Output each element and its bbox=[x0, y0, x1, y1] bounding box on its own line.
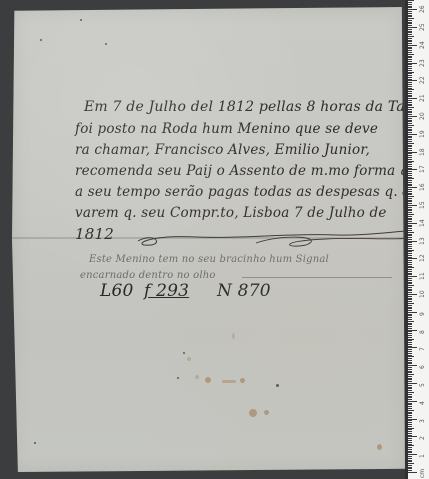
ruler-tick bbox=[408, 262, 412, 263]
ruler-label: 5 bbox=[419, 383, 426, 387]
stain-spot bbox=[187, 357, 191, 361]
ruler-tick bbox=[408, 212, 412, 213]
ruler-tick bbox=[408, 436, 417, 437]
ruler-tick bbox=[408, 365, 417, 366]
ruler-tick bbox=[408, 210, 412, 211]
ruler-tick bbox=[408, 225, 412, 226]
ruler-tick bbox=[408, 139, 412, 140]
ruler-tick bbox=[408, 244, 412, 245]
ruler-tick bbox=[408, 72, 414, 73]
ruler-tick bbox=[408, 328, 412, 329]
ruler-tick bbox=[408, 460, 412, 461]
ruler-tick bbox=[408, 150, 412, 151]
ruler-tick bbox=[408, 9, 417, 10]
ruler-tick bbox=[408, 369, 412, 370]
ruler-tick bbox=[408, 399, 412, 400]
ruler-tick bbox=[408, 189, 412, 190]
stain-spot bbox=[232, 333, 235, 339]
ruler-tick bbox=[408, 333, 412, 334]
stain-spot bbox=[249, 409, 257, 417]
ruler-tick bbox=[408, 276, 417, 277]
ruler-tick bbox=[408, 162, 412, 163]
ruler-tick bbox=[408, 168, 412, 169]
ruler-label: 11 bbox=[419, 273, 426, 281]
ruler-tick bbox=[408, 102, 412, 103]
ruler-tick bbox=[408, 18, 414, 19]
ruler-label: 10 bbox=[419, 290, 426, 298]
ruler-tick bbox=[408, 32, 412, 33]
ruler-tick bbox=[408, 47, 412, 48]
ruler-tick bbox=[408, 264, 412, 265]
ruler-tick bbox=[408, 255, 412, 256]
ruler-tick bbox=[408, 406, 412, 407]
ruler-tick bbox=[408, 196, 414, 197]
ruler-tick bbox=[408, 86, 412, 87]
ruler-tick bbox=[408, 16, 412, 17]
ruler-label: 17 bbox=[419, 166, 426, 174]
ruler-tick bbox=[408, 152, 417, 153]
ruler-tick bbox=[408, 70, 412, 71]
ruler-tick bbox=[408, 323, 412, 324]
ruler-tick bbox=[408, 374, 414, 375]
manuscript-line-3: ra chamar, Francisco Alves, Emilio Junio… bbox=[75, 141, 370, 159]
signature-flourish bbox=[136, 227, 421, 249]
ruler-label: 16 bbox=[419, 184, 426, 192]
ruler-tick bbox=[408, 392, 414, 393]
ruler-tick bbox=[408, 164, 412, 165]
ruler-tick bbox=[408, 404, 412, 405]
ruler-tick bbox=[408, 278, 412, 279]
ruler-tick bbox=[408, 68, 412, 69]
ruler-tick bbox=[408, 22, 412, 23]
ruler-tick bbox=[408, 226, 412, 227]
ink-speck bbox=[80, 19, 82, 21]
ruler-tick bbox=[408, 29, 412, 30]
ruler-tick bbox=[408, 180, 412, 181]
ruler-tick bbox=[408, 299, 412, 300]
ruler-tick bbox=[408, 271, 412, 272]
ruler-tick bbox=[408, 6, 412, 7]
ruler-tick bbox=[408, 287, 412, 288]
ruler-tick bbox=[408, 465, 412, 466]
ruler-tick bbox=[408, 342, 412, 343]
ruler-tick bbox=[408, 50, 412, 51]
ruler-tick bbox=[408, 379, 412, 380]
ruler-tick bbox=[408, 257, 412, 258]
ruler-tick bbox=[408, 378, 412, 379]
manuscript-line-6: varem q. seu Compr.to, Lisboa 7 de Julho… bbox=[75, 204, 387, 222]
ruler-tick bbox=[408, 347, 417, 348]
faint-note-line-2: encarnado dentro no olho bbox=[80, 267, 216, 285]
ruler-tick bbox=[408, 121, 412, 122]
ruler-tick bbox=[408, 134, 417, 135]
ruler-tick bbox=[408, 153, 412, 154]
ruler-label: 3 bbox=[419, 419, 426, 423]
ruler-tick bbox=[408, 143, 414, 144]
ruler-tick bbox=[408, 289, 412, 290]
ruler-tick bbox=[408, 415, 412, 416]
ruler-tick bbox=[408, 136, 412, 137]
ruler-tick bbox=[408, 185, 412, 186]
ruler-tick bbox=[408, 246, 412, 247]
ruler-tick bbox=[408, 112, 412, 113]
document-scan: Em 7 de Julho del 1812 pellas 8 horas da… bbox=[0, 0, 429, 479]
ruler-tick bbox=[408, 145, 412, 146]
ruler-tick bbox=[408, 177, 412, 178]
ruler-tick bbox=[408, 330, 417, 331]
ruler-label: 6 bbox=[419, 365, 426, 369]
ruler-tick bbox=[408, 346, 412, 347]
ruler-tick bbox=[408, 205, 417, 206]
ruler-tick bbox=[408, 104, 412, 105]
ruler-tick bbox=[408, 285, 414, 286]
ruler-tick bbox=[408, 20, 412, 21]
ruler-tick bbox=[408, 312, 417, 313]
ruler-label: 21 bbox=[419, 95, 426, 103]
ruler-tick bbox=[408, 116, 417, 117]
ruler-tick bbox=[408, 388, 412, 389]
ruler-tick bbox=[408, 241, 417, 242]
ruler-tick bbox=[408, 95, 412, 96]
ruler-tick bbox=[408, 175, 412, 176]
manuscript-line-4: recomenda seu Paij o Assento de m.mo for… bbox=[75, 162, 427, 180]
ruler-tick bbox=[408, 470, 412, 471]
ruler-tick bbox=[408, 80, 417, 81]
ruler-tick bbox=[408, 351, 412, 352]
ruler-tick bbox=[408, 253, 412, 254]
ruler-tick bbox=[408, 355, 412, 356]
ruler-tick bbox=[408, 13, 412, 14]
ruler-tick bbox=[408, 463, 414, 464]
ruler-tick bbox=[408, 127, 412, 128]
ruler-tick bbox=[408, 353, 412, 354]
ink-speck bbox=[34, 442, 36, 444]
ruler-tick bbox=[408, 64, 412, 65]
stain-spot bbox=[222, 380, 236, 383]
manuscript-line-2: foi posto na Roda hum Menino que se deve bbox=[75, 120, 378, 138]
ruler-tick bbox=[408, 397, 412, 398]
ruler-tick bbox=[408, 337, 412, 338]
ruler-tick bbox=[408, 198, 412, 199]
ink-speck bbox=[276, 384, 279, 387]
ruler-tick bbox=[408, 326, 412, 327]
ruler-label: 12 bbox=[419, 255, 426, 263]
ruler-tick bbox=[408, 248, 412, 249]
ruler-tick bbox=[408, 324, 412, 325]
ruler-tick bbox=[408, 331, 412, 332]
ruler-tick bbox=[408, 129, 412, 130]
ruler-tick bbox=[408, 280, 412, 281]
ruler-tick bbox=[408, 417, 412, 418]
ruler-tick bbox=[408, 63, 417, 64]
ruler-label: 14 bbox=[419, 219, 426, 227]
ruler-label: 8 bbox=[419, 330, 426, 334]
ruler-tick bbox=[408, 315, 412, 316]
ruler-tick bbox=[408, 419, 417, 420]
ruler-tick bbox=[408, 132, 412, 133]
ruler-tick bbox=[408, 467, 412, 468]
ruler-tick bbox=[408, 98, 417, 99]
ruler-tick bbox=[408, 358, 412, 359]
ruler-tick bbox=[408, 468, 412, 469]
ruler-tick bbox=[408, 4, 412, 5]
ruler-tick bbox=[408, 403, 412, 404]
ruler-tick bbox=[408, 461, 412, 462]
manuscript-line-1: Em 7 de Julho del 1812 pellas 8 horas da… bbox=[84, 98, 429, 116]
ruler-tick bbox=[408, 84, 412, 85]
ruler-tick bbox=[408, 381, 412, 382]
ruler-tick bbox=[408, 301, 412, 302]
ruler-label: 7 bbox=[419, 348, 426, 352]
ruler-tick bbox=[408, 401, 417, 402]
ruler-tick bbox=[408, 54, 414, 55]
ruler-label: 23 bbox=[419, 59, 426, 67]
ruler-unit-label: cm bbox=[419, 469, 426, 478]
ruler-tick bbox=[408, 372, 412, 373]
ruler-tick bbox=[408, 424, 412, 425]
ruler-tick bbox=[408, 442, 412, 443]
ruler-tick bbox=[408, 234, 412, 235]
ruler-tick bbox=[408, 218, 412, 219]
ruler-tick bbox=[408, 228, 412, 229]
ruler-tick bbox=[408, 274, 412, 275]
ruler-tick bbox=[408, 408, 412, 409]
ruler-label: 9 bbox=[419, 312, 426, 316]
ruler-tick bbox=[408, 438, 412, 439]
reference-l-number: L60 bbox=[100, 281, 134, 301]
ruler-tick bbox=[408, 435, 412, 436]
ruler-tick bbox=[408, 2, 412, 3]
ruler-tick bbox=[408, 25, 412, 26]
ruler-tick bbox=[408, 216, 412, 217]
ruler-tick bbox=[408, 294, 417, 295]
ruler-tick bbox=[408, 344, 412, 345]
faint-dash-line bbox=[242, 277, 392, 278]
ruler-tick bbox=[408, 376, 412, 377]
ink-speck bbox=[183, 352, 185, 354]
ruler-tick bbox=[408, 317, 412, 318]
ruler-tick bbox=[408, 120, 412, 121]
ruler-tick bbox=[408, 96, 412, 97]
stain-spot bbox=[240, 378, 245, 383]
ruler-tick bbox=[408, 250, 414, 251]
ink-speck bbox=[105, 43, 107, 45]
ruler-tick bbox=[408, 148, 412, 149]
ruler-tick bbox=[408, 349, 412, 350]
ruler-tick bbox=[408, 56, 412, 57]
reference-n-number: N 870 bbox=[217, 281, 271, 301]
ruler-tick bbox=[408, 15, 412, 16]
ruler-tick bbox=[408, 73, 412, 74]
ruler-tick bbox=[408, 223, 417, 224]
ruler-label: 4 bbox=[419, 401, 426, 405]
ruler-tick bbox=[408, 413, 412, 414]
ruler-tick bbox=[408, 472, 417, 473]
ruler-tick bbox=[408, 182, 412, 183]
faint-note-line-1: Este Menino tem no seu bracinho hum Sign… bbox=[89, 251, 329, 269]
ruler-tick bbox=[408, 451, 412, 452]
ruler-tick bbox=[408, 298, 412, 299]
ruler-tick bbox=[408, 48, 412, 49]
ruler-tick bbox=[408, 43, 412, 44]
ruler-tick bbox=[408, 267, 414, 268]
ruler-tick bbox=[408, 118, 412, 119]
ruler-tick bbox=[408, 79, 412, 80]
ruler-tick bbox=[408, 194, 412, 195]
ruler-tick bbox=[408, 367, 412, 368]
ruler-label: 19 bbox=[419, 130, 426, 138]
ruler-tick bbox=[408, 266, 412, 267]
page-fold-line bbox=[12, 237, 405, 239]
ruler-tick bbox=[408, 0, 414, 1]
ruler-tick bbox=[408, 360, 412, 361]
ruler-tick bbox=[408, 239, 412, 240]
ruler-tick bbox=[408, 34, 412, 35]
ruler-tick bbox=[408, 314, 412, 315]
ruler-tick bbox=[408, 123, 412, 124]
ruler-tick bbox=[408, 107, 414, 108]
ruler-tick bbox=[408, 258, 417, 259]
ruler-tick bbox=[408, 23, 412, 24]
manuscript-page: Em 7 de Julho del 1812 pellas 8 horas da… bbox=[12, 7, 405, 472]
ruler-tick bbox=[408, 269, 412, 270]
ruler-tick bbox=[408, 57, 412, 58]
ruler-tick bbox=[408, 363, 412, 364]
ruler-tick bbox=[408, 200, 412, 201]
ruler-tick bbox=[408, 444, 412, 445]
ruler-tick bbox=[408, 308, 412, 309]
ruler-tick bbox=[408, 93, 412, 94]
ruler-tick bbox=[408, 27, 417, 28]
ruler-tick bbox=[408, 356, 414, 357]
ruler-tick bbox=[408, 362, 412, 363]
ruler-label: 20 bbox=[419, 112, 426, 120]
ruler-tick bbox=[408, 88, 412, 89]
ruler-tick bbox=[408, 310, 412, 311]
ruler-tick bbox=[408, 335, 412, 336]
ruler-tick bbox=[408, 321, 414, 322]
ruler-tick bbox=[408, 173, 412, 174]
ruler-tick bbox=[408, 420, 412, 421]
ruler-tick bbox=[408, 203, 412, 204]
ruler-tick bbox=[408, 390, 412, 391]
ruler-tick bbox=[408, 109, 412, 110]
ruler-label: 15 bbox=[419, 201, 426, 209]
ruler-tick bbox=[408, 161, 414, 162]
ruler-tick bbox=[408, 178, 414, 179]
ruler-tick bbox=[408, 159, 412, 160]
ruler-tick bbox=[408, 449, 412, 450]
ruler-tick bbox=[408, 155, 412, 156]
ruler-tick bbox=[408, 440, 412, 441]
ruler-tick bbox=[408, 91, 412, 92]
ruler-tick bbox=[408, 221, 412, 222]
ruler-tick bbox=[408, 111, 412, 112]
ruler-tick bbox=[408, 100, 412, 101]
ruler-label: 25 bbox=[419, 23, 426, 31]
manuscript-line-7: 1812 bbox=[75, 225, 114, 243]
ruler-tick bbox=[408, 296, 412, 297]
ruler-tick bbox=[408, 141, 412, 142]
ruler-tick bbox=[408, 7, 412, 8]
stain-spot bbox=[195, 375, 199, 379]
ruler-tick bbox=[408, 45, 417, 46]
ruler-tick bbox=[408, 283, 412, 284]
ruler-tick bbox=[408, 230, 412, 231]
ruler-label: 26 bbox=[419, 6, 426, 14]
ruler-label: 1 bbox=[419, 454, 426, 458]
ruler-tick bbox=[408, 458, 412, 459]
ruler-tick bbox=[408, 219, 412, 220]
manuscript-line-5: a seu tempo serão pagas todas as despesa… bbox=[75, 183, 419, 201]
ruler-tick bbox=[408, 290, 412, 291]
ruler-tick bbox=[408, 41, 412, 42]
ruler-tick bbox=[408, 396, 412, 397]
ruler-label: 24 bbox=[419, 41, 426, 49]
ruler-tick bbox=[408, 282, 412, 283]
ruler-tick bbox=[408, 193, 412, 194]
ruler-label: 13 bbox=[419, 237, 426, 245]
ruler-tick bbox=[408, 319, 412, 320]
ruler-tick bbox=[408, 52, 412, 53]
ruler-tick bbox=[408, 89, 414, 90]
ruler-tick bbox=[408, 36, 414, 37]
ruler-tick bbox=[408, 339, 414, 340]
ruler-tick bbox=[408, 207, 412, 208]
ink-speck bbox=[40, 39, 42, 41]
ruler-tick bbox=[408, 454, 417, 455]
ruler-tick bbox=[408, 77, 412, 78]
ruler-tick bbox=[408, 209, 412, 210]
stain-spot bbox=[377, 444, 382, 450]
measurement-ruler: 1234567891011121314151617181920212223242… bbox=[405, 0, 429, 479]
ruler-tick bbox=[408, 235, 412, 236]
stain-spot bbox=[205, 377, 211, 383]
ruler-tick bbox=[408, 242, 412, 243]
ruler-tick bbox=[408, 340, 412, 341]
ruler-label: 18 bbox=[419, 148, 426, 156]
ruler-tick bbox=[408, 431, 412, 432]
ruler-tick bbox=[408, 191, 412, 192]
ink-speck bbox=[177, 377, 179, 379]
ruler-tick bbox=[408, 422, 412, 423]
reference-f-number: f 293 bbox=[144, 281, 189, 301]
ruler-tick bbox=[408, 184, 412, 185]
ruler-tick bbox=[408, 452, 412, 453]
ruler-tick bbox=[408, 61, 412, 62]
ruler-tick bbox=[408, 171, 412, 172]
ruler-tick bbox=[408, 130, 412, 131]
ruler-tick bbox=[408, 447, 412, 448]
ruler-tick bbox=[408, 412, 412, 413]
ruler-tick bbox=[408, 410, 414, 411]
ruler-tick bbox=[408, 385, 412, 386]
ruler-tick bbox=[408, 273, 412, 274]
ruler-tick bbox=[408, 59, 412, 60]
ruler-tick bbox=[408, 169, 417, 170]
ruler-tick bbox=[408, 66, 412, 67]
ruler-tick bbox=[408, 251, 412, 252]
ruler-tick bbox=[408, 75, 412, 76]
ruler-tick bbox=[408, 11, 412, 12]
ruler-tick bbox=[408, 394, 412, 395]
ruler-tick bbox=[408, 307, 412, 308]
ruler-label: 2 bbox=[419, 437, 426, 441]
ruler-tick bbox=[408, 214, 414, 215]
ruler-tick bbox=[408, 303, 414, 304]
ruler-tick bbox=[408, 292, 412, 293]
ruler-tick bbox=[408, 237, 412, 238]
